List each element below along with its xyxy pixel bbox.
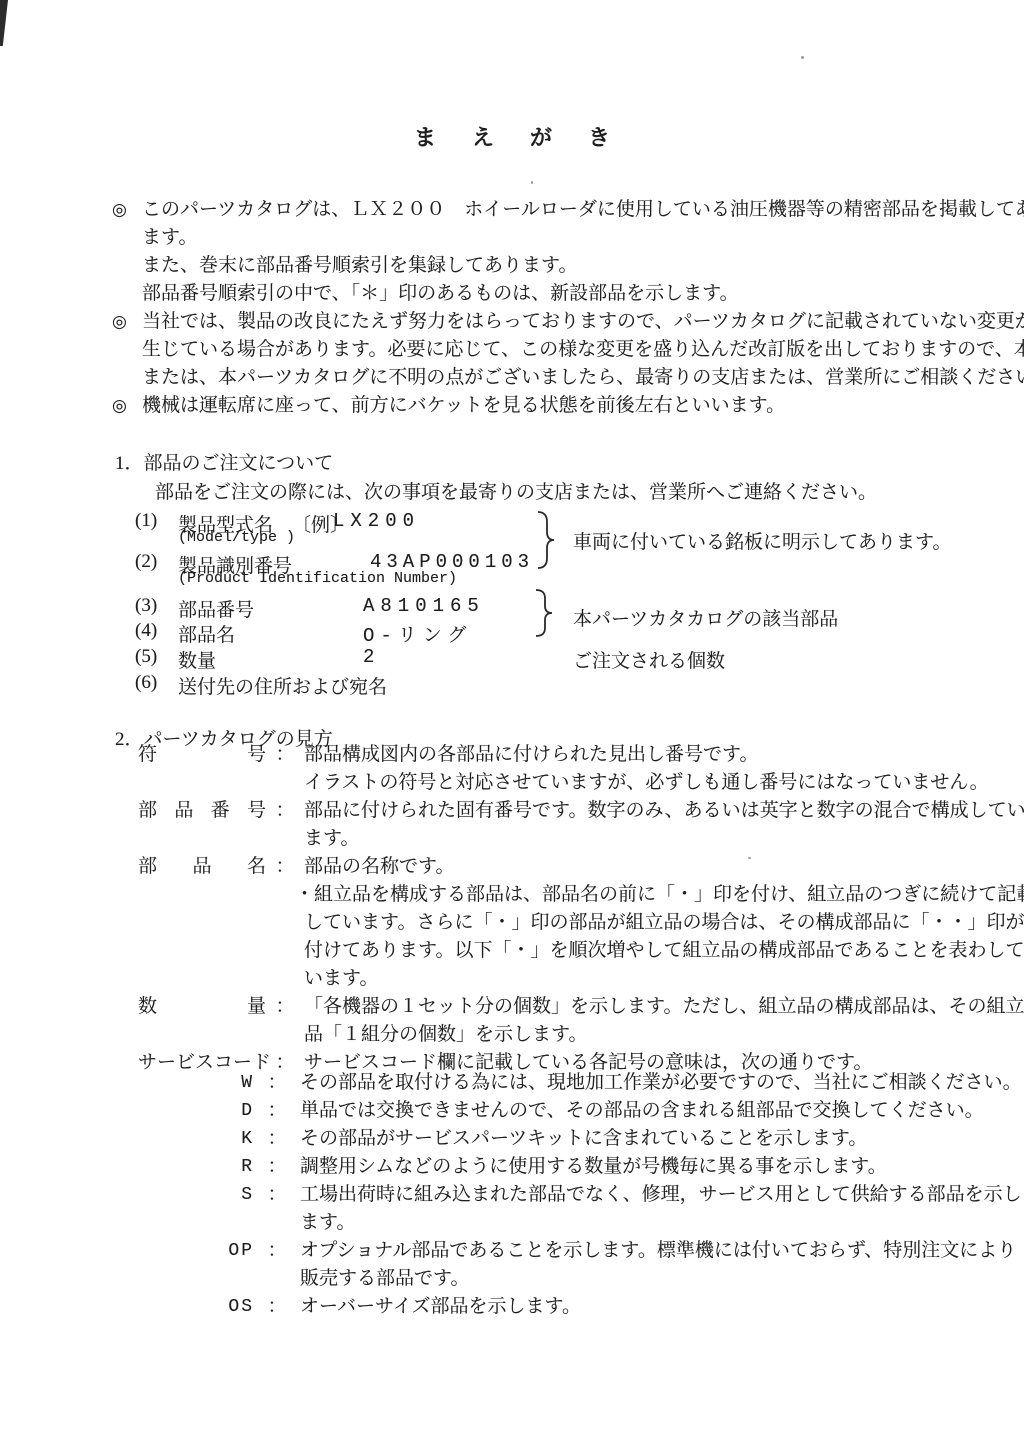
item-value: O-リング	[363, 620, 472, 647]
item-sublabel: (Model/type )	[178, 529, 295, 546]
colon-separator: ：	[254, 1293, 300, 1321]
definition-line: ます。	[304, 825, 1024, 853]
definition-line: ・組立品を構成する部品は、部品名の前に「・」印を付け、組立品のつぎに続けて記載	[295, 881, 1024, 909]
service-code: OP	[218, 1237, 254, 1293]
item-value: 2	[363, 646, 380, 668]
bullet-marker-icon: ◎	[112, 196, 142, 308]
definition-line: 品「１組分の個数」を示します。	[304, 1021, 1024, 1049]
section1-heading: 1．部品のご注文について	[115, 448, 333, 475]
service-code: S	[218, 1181, 254, 1237]
section1-lead: 部品をご注文の際には、次の事項を最寄りの支店または、営業所へご連絡ください。	[155, 477, 877, 504]
note-line: 機械は運転席に座って、前方にバケットを見る状態を前後左右といいます。	[142, 392, 924, 420]
service-code-line: 調整用シムなどのように使用する数量が号機毎に異る事を示します。	[300, 1153, 924, 1181]
service-code-line: その部品を取付ける為には、現地加工作業が必要ですので、当社にご相談ください。	[300, 1069, 1022, 1097]
item-label: 送付先の住所および宛名	[178, 672, 387, 699]
definition-line: います。	[304, 965, 1024, 993]
definition-row: 符号 ： 部品構成図内の各部品に付けられた見出し番号です。 イラストの符号と対応…	[138, 741, 924, 797]
colon-separator: ：	[266, 741, 304, 797]
page-title: まえがき	[0, 121, 1024, 152]
colon-separator: ：	[254, 1069, 300, 1097]
colon-separator: ：	[254, 1237, 300, 1293]
definition-row: 部品番号 ： 部品に付けられた固有番号です。数字のみ、あるいは英字と数字の混合で…	[138, 797, 924, 853]
item-number: (4)	[135, 620, 157, 642]
service-code-line: 販売する部品です。	[300, 1265, 1016, 1293]
brace-icon	[532, 587, 556, 639]
service-code: D	[218, 1097, 254, 1125]
service-code-row: S ： 工場出荷時に組み込まれた部品でなく、修理，サービス用として供給する部品を…	[218, 1181, 924, 1237]
term-label: 部品名	[138, 853, 266, 993]
intro-note: ◎ 機械は運転席に座って、前方にバケットを見る状態を前後左右といいます。	[112, 392, 924, 420]
scan-artifact	[0, 0, 8, 46]
service-code-line: オーバーサイズ部品を示します。	[300, 1293, 924, 1321]
item-note: ご注文される個数	[573, 646, 725, 673]
service-code-row: R ： 調整用シムなどのように使用する数量が号機毎に異る事を示します。	[218, 1153, 924, 1181]
definition-line: イラストの符号と対応させていますが、必ずしも通し番号にはなっていません。	[304, 769, 989, 797]
service-code: K	[218, 1125, 254, 1153]
colon-separator: ：	[254, 1097, 300, 1125]
note-line: または、本パーツカタログに不明の点がございましたら、最寄りの支店または、営業所に…	[142, 364, 1024, 392]
term-label: 数量	[138, 993, 266, 1049]
colon-separator: ：	[254, 1125, 300, 1153]
item-number: (3)	[135, 595, 157, 617]
service-code: OS	[218, 1293, 254, 1321]
item-value: A810165	[363, 595, 485, 617]
note-line: 部品番号順索引の中で、「＊」印のあるものは、新設部品を示します。	[142, 280, 1024, 308]
definition-line: しています。さらに「・」印の部品が組立品の場合は、その構成部品に「・・」印が	[304, 909, 1024, 937]
item-label: 部品名	[178, 620, 235, 647]
service-code-line: オプショナル部品であることを示します。標準機には付いておらず、特別注文により	[300, 1237, 1016, 1265]
item-label: 部品番号	[178, 595, 254, 622]
service-code-row: K ： その部品がサービスパーツキットに含まれていることを示します。	[218, 1125, 924, 1153]
service-code-row: OP ： オプショナル部品であることを示します。標準機には付いておらず、特別注文…	[218, 1237, 924, 1293]
service-code: R	[218, 1153, 254, 1181]
brace-note: 本パーツカタカログの該当部品	[573, 604, 838, 631]
item-value: LX200	[333, 510, 420, 532]
colon-separator: ：	[266, 797, 304, 853]
scan-speck	[801, 56, 804, 59]
item-number: (2)	[135, 551, 157, 573]
intro-notes: ◎ このパーツカタログは、ＬＸ２００ ホイールローダに使用している油圧機器等の精…	[112, 196, 924, 420]
definition-row: 数量 ： 「各機器の１セット分の個数」を示します。ただし、組立品の構成部品は、そ…	[138, 993, 924, 1049]
note-line: このパーツカタログは、ＬＸ２００ ホイールローダに使用している油圧機器等の精密部…	[142, 196, 1024, 224]
note-line: ます。	[142, 224, 1024, 252]
term-label: 部品番号	[138, 797, 266, 853]
service-code-line: 単品では交換できませんので、その部品の含まれる組部品で交換してください。	[300, 1097, 984, 1125]
bullet-marker-icon: ◎	[112, 308, 142, 392]
service-code-line: その部品がサービスパーツキットに含まれていることを示します。	[300, 1125, 924, 1153]
definition-line: 部品構成図内の各部品に付けられた見出し番号です。	[304, 741, 989, 769]
colon-separator: ：	[266, 993, 304, 1049]
scan-speck	[531, 181, 533, 184]
definition-line: 「各機器の１セット分の個数」を示します。ただし、組立品の構成部品は、その組立	[304, 993, 1024, 1021]
item-sublabel: (Product Identification Number)	[178, 570, 457, 587]
definition-line: 付けてあります。以下「・」を順次増やして組立品の構成部品であることを表わして	[304, 937, 1024, 965]
brace-note: 車両に付いている銘板に明示してあります。	[573, 527, 951, 554]
term-label: 符号	[138, 741, 266, 797]
item-number: (6)	[135, 672, 157, 694]
colon-separator: ：	[254, 1181, 300, 1237]
definition-line: 部品に付けられた固有番号です。数字のみ、あるいは英字と数字の混合で構成してい	[304, 797, 1024, 825]
document-page: まえがき ◎ このパーツカタログは、ＬＸ２００ ホイールローダに使用している油圧…	[0, 0, 1024, 1449]
intro-note: ◎ 当社では、製品の改良にたえず努力をはらっておりますので、パーツカタログに記載…	[112, 308, 924, 392]
definition-line: 部品の名称です。	[304, 853, 1024, 881]
definition-row: 部品名 ： 部品の名称です。 ・組立品を構成する部品は、部品名の前に「・」印を付…	[138, 853, 924, 993]
item-number: (1)	[135, 510, 157, 532]
service-code-list: W ： その部品を取付ける為には、現地加工作業が必要ですので、当社にご相談くださ…	[218, 1069, 924, 1321]
service-code-row: W ： その部品を取付ける為には、現地加工作業が必要ですので、当社にご相談くださ…	[218, 1069, 924, 1097]
colon-separator: ：	[254, 1153, 300, 1181]
note-line: 生じている場合があります。必要に応じて、この様な変更を盛り込んだ改訂版を出してお…	[142, 336, 1024, 364]
brace-icon	[534, 509, 558, 571]
service-code-row: OS ： オーバーサイズ部品を示します。	[218, 1293, 924, 1321]
item-number: (5)	[135, 646, 157, 668]
legend-definitions: 符号 ： 部品構成図内の各部品に付けられた見出し番号です。 イラストの符号と対応…	[138, 741, 924, 1077]
note-line: また、巻末に部品番号順索引を集録してあります。	[142, 252, 1024, 280]
colon-separator: ：	[266, 853, 304, 993]
service-code-row: D ： 単品では交換できませんので、その部品の含まれる組部品で交換してください。	[218, 1097, 924, 1125]
service-code-line: 工場出荷時に組み込まれた部品でなく、修理，サービス用として供給する部品を示し	[300, 1181, 1022, 1209]
item-label: 数量	[178, 646, 216, 673]
bullet-marker-icon: ◎	[112, 392, 142, 420]
note-line: 当社では、製品の改良にたえず努力をはらっておりますので、パーツカタログに記載され…	[142, 308, 1024, 336]
intro-note: ◎ このパーツカタログは、ＬＸ２００ ホイールローダに使用している油圧機器等の精…	[112, 196, 924, 308]
service-code: W	[218, 1069, 254, 1097]
service-code-line: ます。	[300, 1209, 1022, 1237]
